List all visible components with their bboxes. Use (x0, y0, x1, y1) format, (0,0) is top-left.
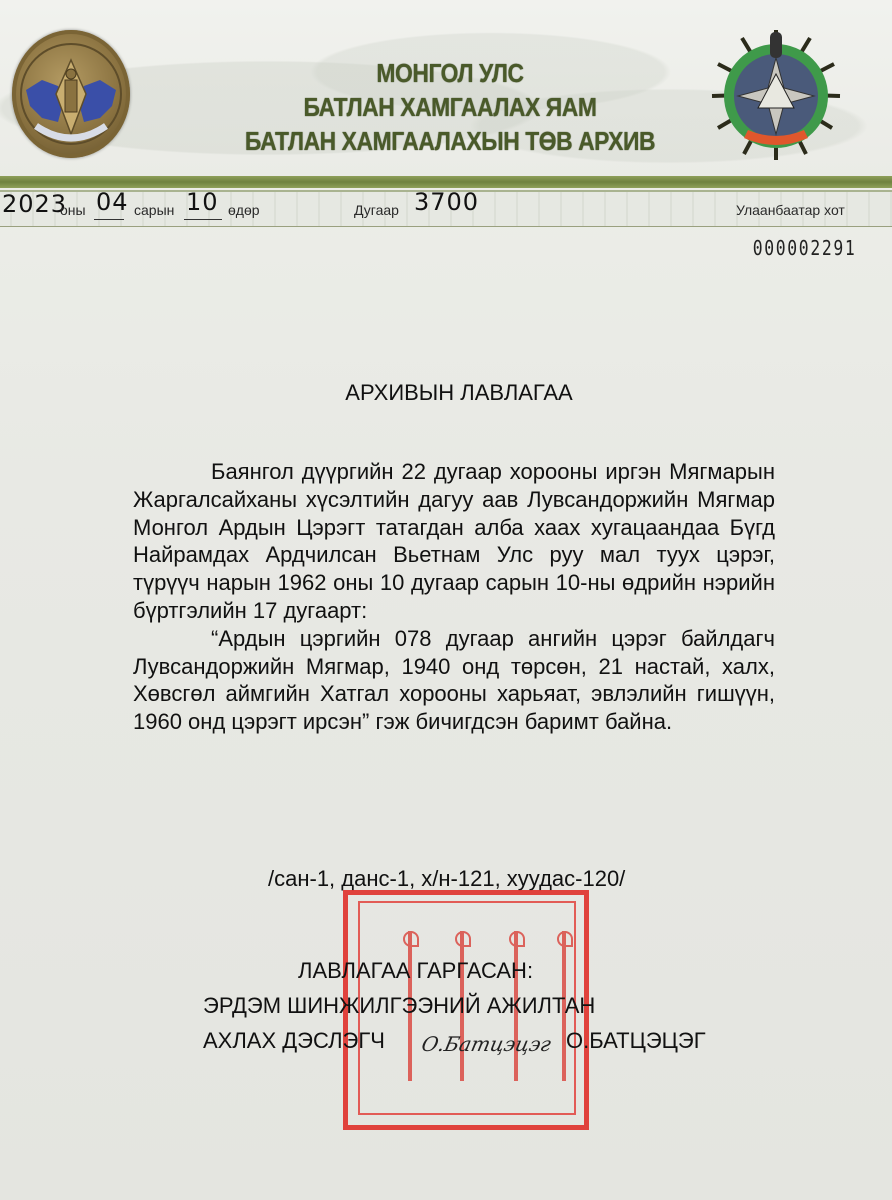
number-value: 3700 (414, 188, 479, 216)
year-value: 2023 (2, 190, 67, 218)
serial-number: 000002291 (752, 236, 856, 260)
ministry-name: БАТЛАН ХАМГААЛАХ ЯАМ (186, 90, 714, 124)
archive-emblem-icon (706, 24, 846, 164)
archive-name: БАТЛАН ХАМГААЛАХЫН ТӨВ АРХИВ (186, 124, 714, 158)
city-label: Улаанбаатар хот (736, 202, 845, 218)
issued-by-label: ЛАВЛАГАА ГАРГАСАН: (298, 958, 533, 984)
month-label: сарын (134, 202, 174, 218)
month-underline (94, 219, 124, 220)
number-label: Дугаар (354, 202, 399, 218)
body-paragraph-request: Баянгол дүүргийн 22 дугаар хорооны иргэн… (133, 458, 775, 625)
issuer-rank: АХЛАХ ДЭСЛЭГЧ (203, 1028, 385, 1054)
document-page: МОНГОЛ УЛС БАТЛАН ХАМГААЛАХ ЯАМ БАТЛАН Х… (0, 0, 892, 1200)
handwritten-signature: О.Батцэцэг (419, 1032, 553, 1056)
day-label: өдөр (228, 202, 260, 218)
document-meta-row: 2023 оны 04 сарын 10 өдөр Дугаар 3700 Ул… (0, 192, 892, 227)
letterhead-title: МОНГОЛ УЛС БАТЛАН ХАМГААЛАХ ЯАМ БАТЛАН Х… (150, 56, 750, 158)
day-underline (184, 219, 222, 220)
header-divider-band (0, 176, 892, 188)
day-value: 10 (186, 188, 219, 216)
archive-reference: /сан-1, данс-1, х/н-121, хуудас-120/ (268, 866, 625, 892)
year-label: оны (60, 202, 86, 218)
issuer-name: О.БАТЦЭЦЭГ (566, 1028, 706, 1054)
ministry-emblem-icon (12, 30, 130, 158)
month-value: 04 (96, 188, 129, 216)
issuer-position: ЭРДЭМ ШИНЖИЛГЭЭНИЙ АЖИЛТАН (203, 993, 595, 1019)
document-title: АРХИВЫН ЛАВЛАГАА (0, 380, 892, 406)
letterhead: МОНГОЛ УЛС БАТЛАН ХАМГААЛАХ ЯАМ БАТЛАН Х… (0, 0, 892, 180)
country-name: МОНГОЛ УЛС (186, 56, 714, 90)
document-body: Баянгол дүүргийн 22 дугаар хорооны иргэн… (133, 458, 775, 736)
body-paragraph-record: “Ардын цэргийн 078 дугаар ангийн цэрэг б… (133, 625, 775, 736)
